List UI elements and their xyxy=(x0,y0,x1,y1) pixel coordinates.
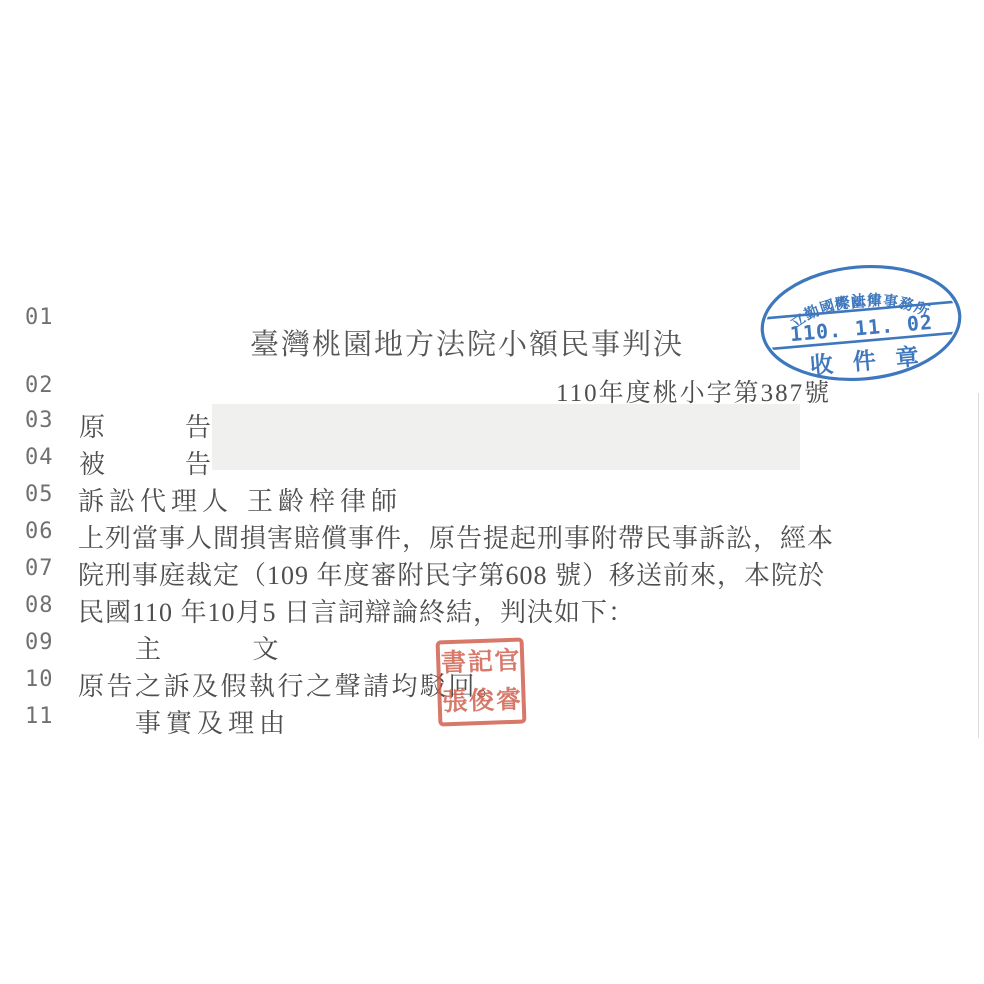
defendant-row: 被 告 xyxy=(79,444,211,481)
seal-char-r2c1: 張 xyxy=(442,689,468,715)
main-heading-char1: 主 xyxy=(135,635,161,664)
judgment-title: 臺灣桃園地方法院小額民事判決 xyxy=(250,322,684,363)
body-line-1: 上列當事人間損害賠償事件，原告提起刑事附帶民事訴訟，經本 xyxy=(78,518,834,555)
line-number-04: 04 xyxy=(25,445,54,470)
body-line-2: 院刑事庭裁定（109 年度審附民字第608 號）移送前來，本院於 xyxy=(78,555,825,592)
line-number-07: 07 xyxy=(25,556,54,581)
line-number-05: 05 xyxy=(25,482,54,507)
main-heading-row: 主 文 xyxy=(78,629,279,666)
seal-char-r1c1: 書 xyxy=(441,651,467,677)
agent-label: 訴訟代理人 xyxy=(78,487,233,516)
stamp-label-text: 收件章 xyxy=(809,341,940,378)
scan-edge-line xyxy=(978,393,979,738)
line-number-01: 01 xyxy=(25,305,54,330)
body-line-3: 民國110 年10月5 日言詞辯論終結，判決如下： xyxy=(78,592,635,629)
agent-name: 王齡梓律師 xyxy=(247,487,402,516)
line-number-08: 08 xyxy=(25,593,54,618)
line-number-09: 09 xyxy=(25,630,54,655)
plaintiff-label-char1: 原 xyxy=(79,407,105,444)
defendant-label-char1: 被 xyxy=(79,444,105,481)
agent-row: 訴訟代理人王齡梓律師 xyxy=(78,481,402,518)
line-number-03: 03 xyxy=(25,408,54,433)
seal-char-r1c3: 官 xyxy=(494,649,520,675)
receipt-stamp: 立勤國際法律事務所 桃園所 110. 11. 02 收件章 xyxy=(752,253,970,393)
main-heading-char2: 文 xyxy=(253,635,279,664)
plaintiff-row: 原 告 xyxy=(79,407,211,444)
seal-char-r1c2: 記 xyxy=(467,650,493,676)
line-number-11: 11 xyxy=(25,704,54,729)
scanned-judgment-page: 01 02 03 04 05 06 07 08 09 10 11 臺灣桃園地方法… xyxy=(0,0,984,984)
redaction-box xyxy=(212,404,800,470)
seal-char-r2c2: 俊 xyxy=(469,689,495,715)
line-number-06: 06 xyxy=(25,519,54,544)
line-number-02: 02 xyxy=(25,373,54,398)
line-number-10: 10 xyxy=(25,667,54,692)
facts-heading: 事實及理由 xyxy=(135,703,290,740)
clerk-seal: 書 記 官 張 俊 睿 xyxy=(436,637,527,726)
seal-char-r2c3: 睿 xyxy=(495,688,521,714)
plaintiff-label-char2: 告 xyxy=(185,407,211,444)
defendant-label-char2: 告 xyxy=(185,444,211,481)
